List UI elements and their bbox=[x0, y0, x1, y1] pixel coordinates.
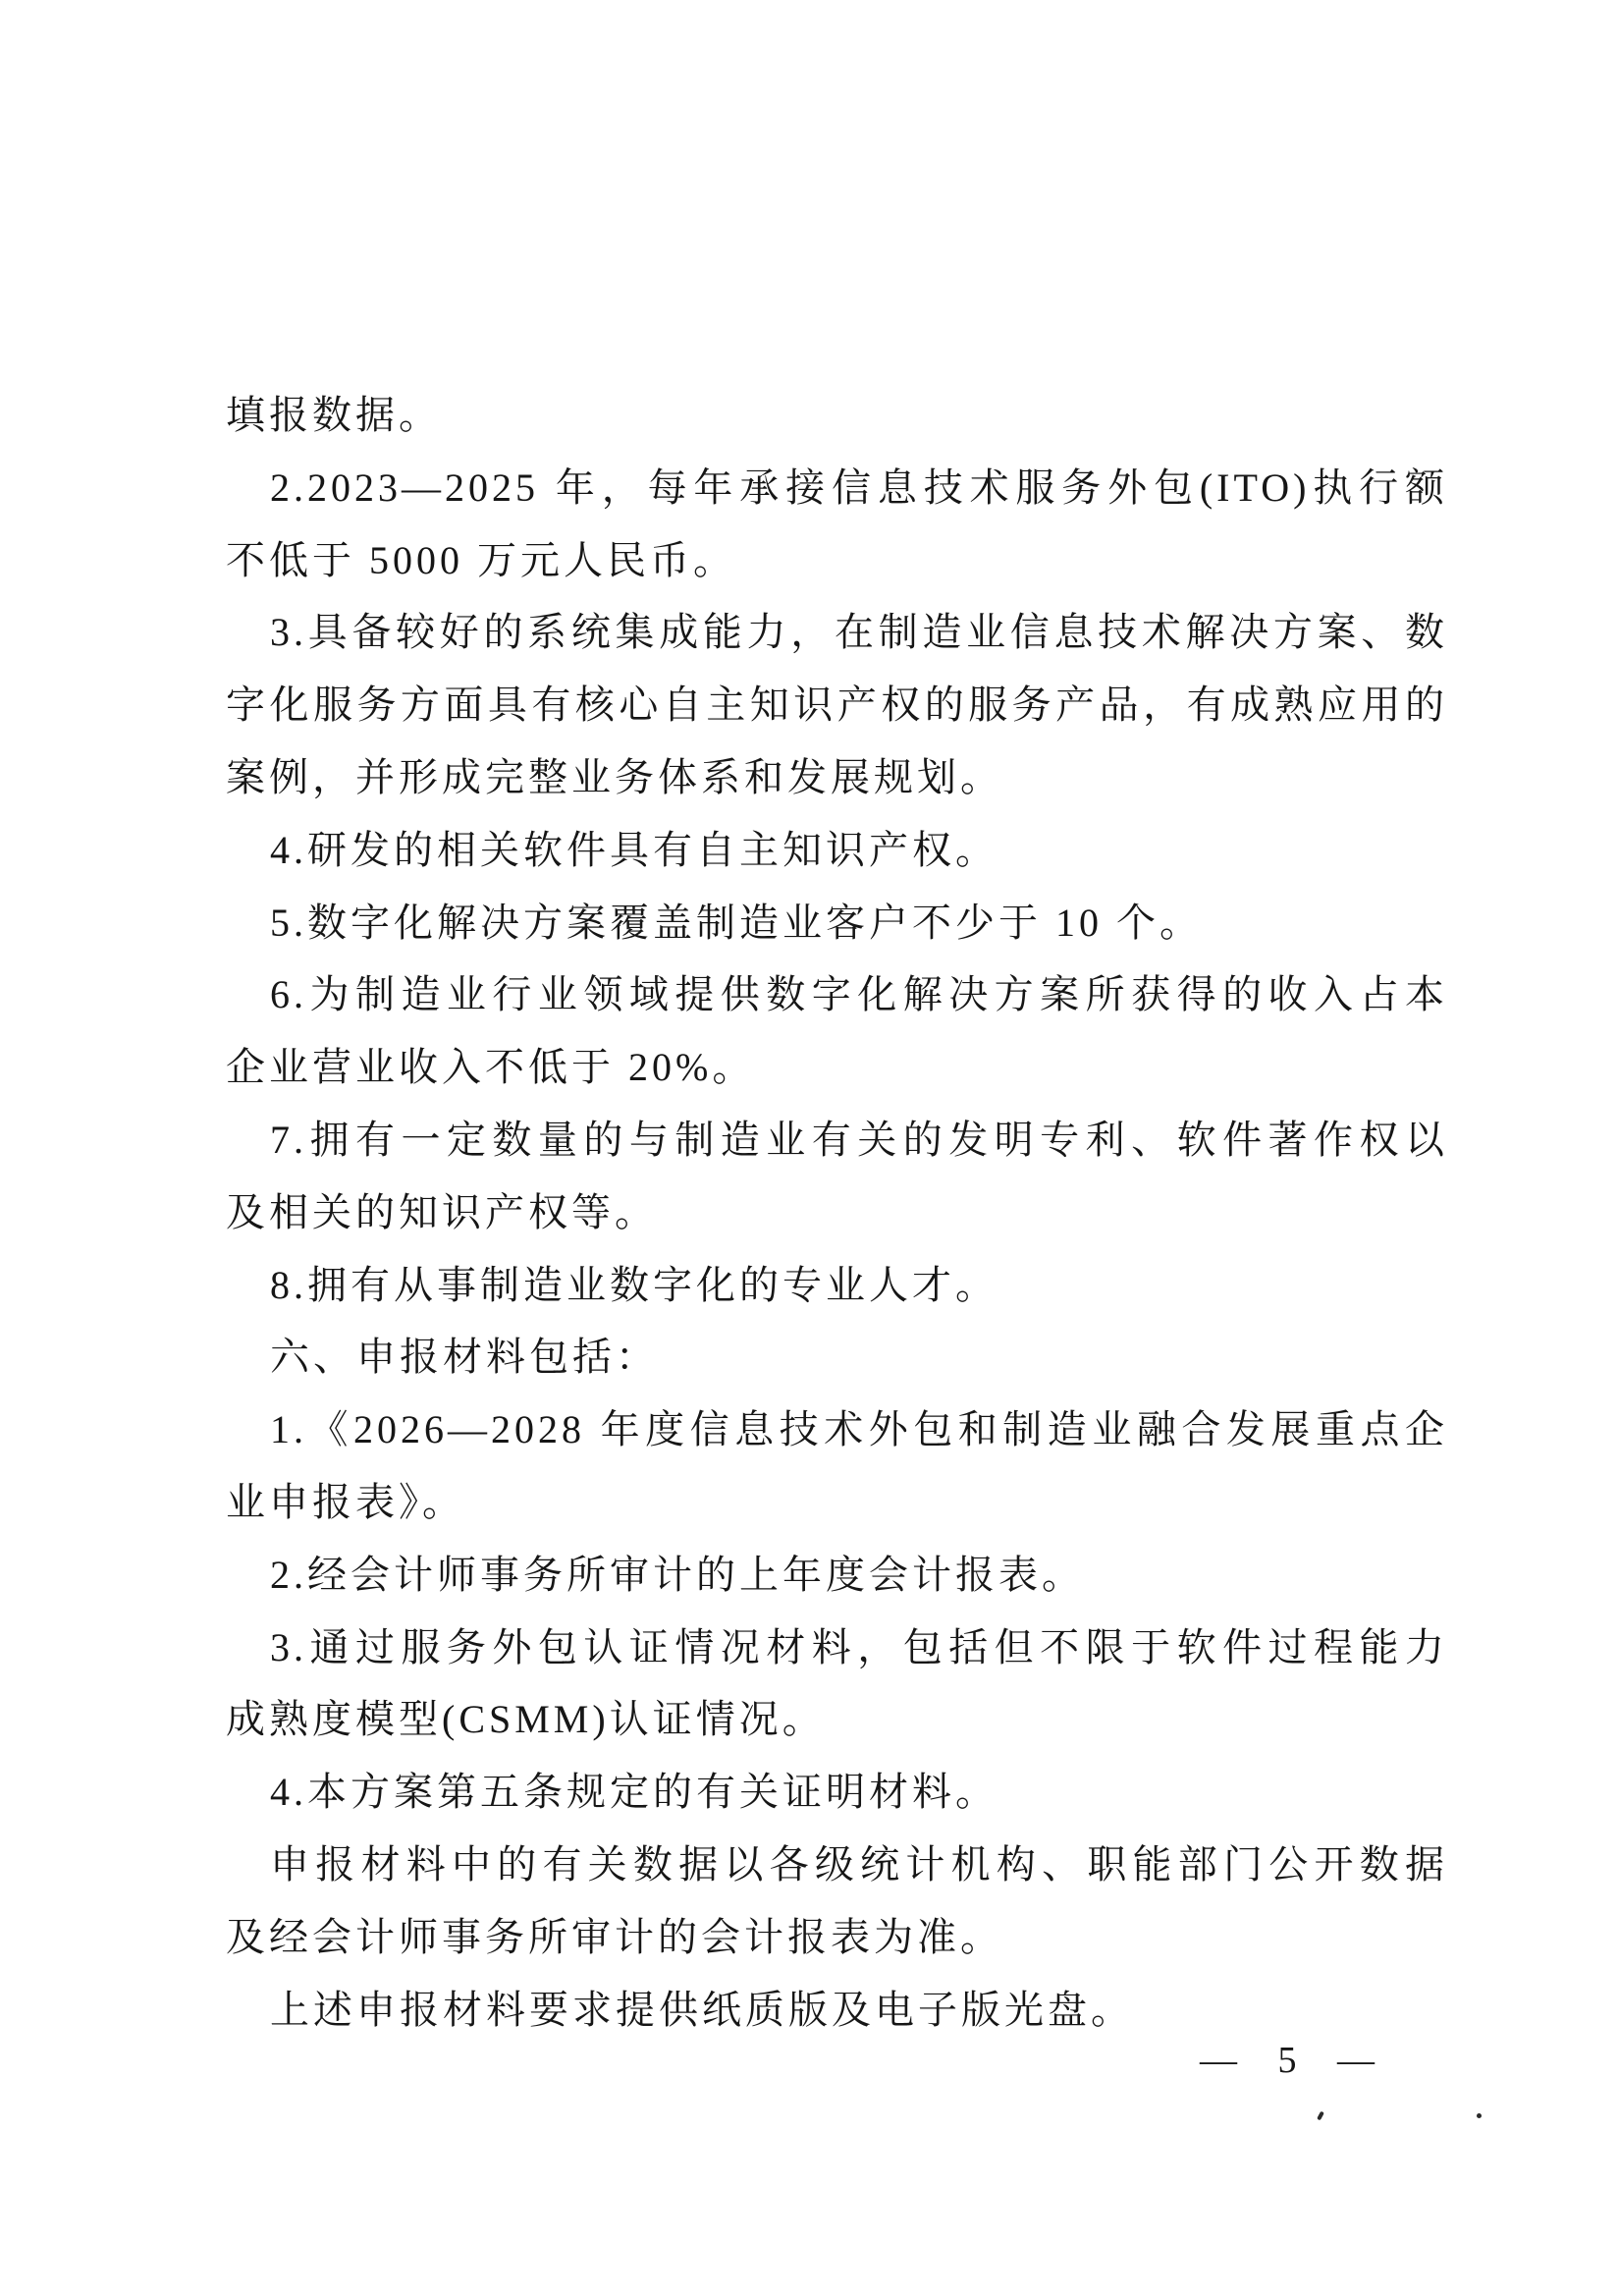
text-line: 3.通过服务外包认证情况材料，包括但不限于软件过程能力 bbox=[226, 1612, 1448, 1684]
scan-speck bbox=[1317, 2111, 1324, 2121]
text-line: 填报数据。 bbox=[226, 379, 1448, 452]
text-line: 7.拥有一定数量的与制造业有关的发明专利、软件著作权以 bbox=[226, 1104, 1448, 1176]
text-line: 2.2023—2025 年，每年承接信息技术服务外包(ITO)执行额 bbox=[226, 452, 1448, 524]
text-line: 上述申报材料要求提供纸质版及电子版光盘。 bbox=[226, 1974, 1448, 2047]
text-line: 案例，并形成完整业务体系和发展规划。 bbox=[226, 741, 1448, 814]
text-line: 5.数字化解决方案覆盖制造业客户不少于 10 个。 bbox=[226, 887, 1448, 959]
text-line: 6.为制造业行业领域提供数字化解决方案所获得的收入占本 bbox=[226, 958, 1448, 1031]
scan-speck bbox=[1477, 2113, 1482, 2118]
text-line: 4.本方案第五条规定的有关证明材料。 bbox=[226, 1756, 1448, 1829]
page-number: — 5 — bbox=[1200, 2039, 1382, 2082]
text-line: 业申报表》。 bbox=[226, 1466, 1448, 1539]
text-line: 成熟度模型(CSMM)认证情况。 bbox=[226, 1683, 1448, 1756]
text-line: 2.经会计师事务所审计的上年度会计报表。 bbox=[226, 1539, 1448, 1612]
text-line: 8.拥有从事制造业数字化的专业人才。 bbox=[226, 1249, 1448, 1322]
text-line: 六、申报材料包括： bbox=[226, 1321, 1448, 1394]
text-line: 1.《2026—2028 年度信息技术外包和制造业融合发展重点企 bbox=[226, 1394, 1448, 1466]
text-line: 及经会计师事务所审计的会计报表为准。 bbox=[226, 1901, 1448, 1974]
text-line: 不低于 5000 万元人民币。 bbox=[226, 524, 1448, 597]
document-text-block: 填报数据。 2.2023—2025 年，每年承接信息技术服务外包(ITO)执行额… bbox=[226, 379, 1448, 2046]
document-page: 填报数据。 2.2023—2025 年，每年承接信息技术服务外包(ITO)执行额… bbox=[0, 0, 1618, 2296]
text-line: 企业营业收入不低于 20%。 bbox=[226, 1031, 1448, 1104]
text-line: 4.研发的相关软件具有自主知识产权。 bbox=[226, 814, 1448, 887]
text-line: 及相关的知识产权等。 bbox=[226, 1176, 1448, 1249]
text-line: 申报材料中的有关数据以各级统计机构、职能部门公开数据 bbox=[226, 1829, 1448, 1901]
text-line: 字化服务方面具有核心自主知识产权的服务产品，有成熟应用的 bbox=[226, 669, 1448, 741]
text-line: 3.具备较好的系统集成能力，在制造业信息技术解决方案、数 bbox=[226, 596, 1448, 669]
